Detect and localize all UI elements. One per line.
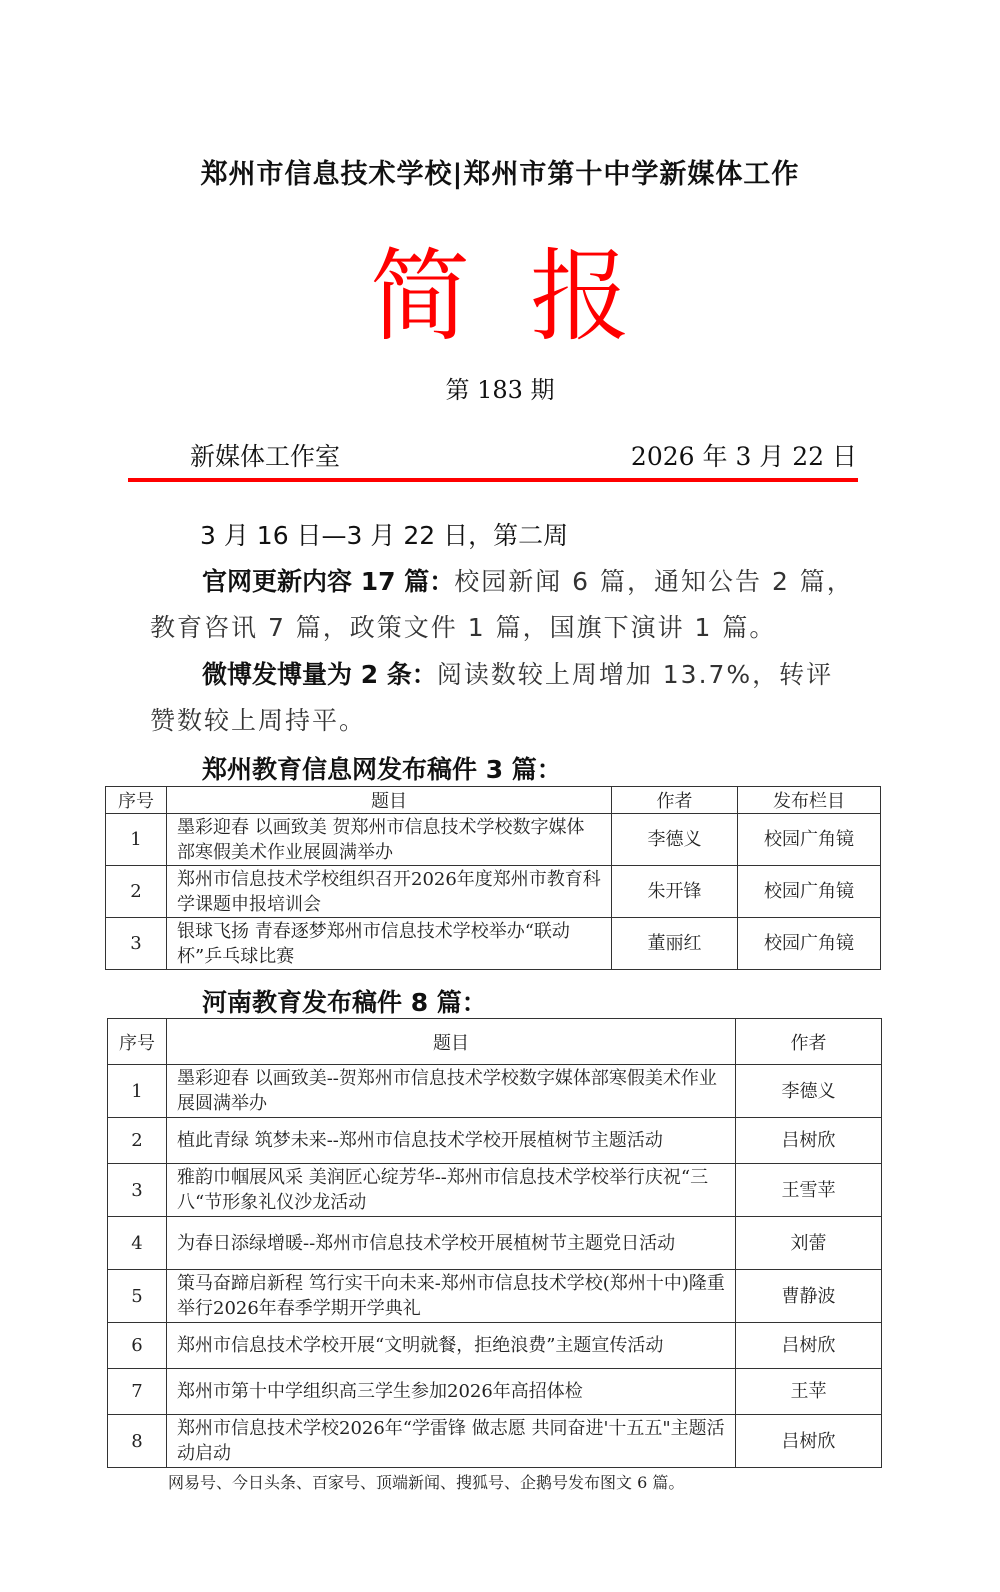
week-range: 3 月 16 日—3 月 22 日，第二周	[200, 513, 910, 559]
publish-date: 2026 年 3 月 22 日	[631, 437, 857, 473]
table-header: 序号 题目 作者	[108, 1019, 882, 1065]
row-column: 校园广角镜	[738, 814, 881, 866]
website-summary: 官网更新内容 17 篇：校园新闻 6 篇，通知公告 2 篇，教育咨讯 7 篇，政…	[150, 559, 860, 651]
col-title: 题目	[167, 787, 612, 814]
row-title: 郑州市信息技术学校组织召开2026年度郑州市教育科学课题申报培训会	[167, 866, 612, 918]
table-row: 1 墨彩迎春 以画致美--贺郑州市信息技术学校数字媒体部寒假美术作业展圆满举办 …	[108, 1065, 882, 1118]
row-author: 王苹	[736, 1369, 882, 1415]
row-author: 吕树欣	[736, 1415, 882, 1468]
col-title: 题目	[167, 1019, 736, 1065]
row-title: 郑州市第十中学组织高三学生参加2026年高招体检	[167, 1369, 736, 1415]
table-row: 6 郑州市信息技术学校开展“文明就餐，拒绝浪费”主题宣传活动 吕树欣	[108, 1323, 882, 1369]
row-no: 4	[108, 1217, 167, 1270]
row-column: 校园广角镜	[738, 918, 881, 970]
table-row: 4 为春日添绿增暖--郑州市信息技术学校开展植树节主题党日活动 刘蕾	[108, 1217, 882, 1270]
row-no: 5	[108, 1270, 167, 1323]
row-no: 1	[106, 814, 167, 866]
footnote: 网易号、今日头条、百家号、顶端新闻、搜狐号、企鹅号发布图文 6 篇。	[168, 1470, 684, 1493]
col-no: 序号	[106, 787, 167, 814]
row-author: 李德义	[612, 814, 738, 866]
col-no: 序号	[108, 1019, 167, 1065]
row-title: 策马奋蹄启新程 笃行实干向未来-郑州市信息技术学校(郑州十中)隆重举行2026年…	[167, 1270, 736, 1323]
row-title: 墨彩迎春 以画致美 贺郑州市信息技术学校数字媒体部寒假美术作业展圆满举办	[167, 814, 612, 866]
row-no: 1	[108, 1065, 167, 1118]
department: 新媒体工作室	[190, 437, 340, 473]
row-title: 为春日添绿增暖--郑州市信息技术学校开展植树节主题党日活动	[167, 1217, 736, 1270]
bulletin-title: 简报	[0, 232, 1000, 362]
row-author: 刘蕾	[736, 1217, 882, 1270]
section2-title: 河南教育发布稿件 8 篇：	[202, 983, 487, 1019]
row-title: 墨彩迎春 以画致美--贺郑州市信息技术学校数字媒体部寒假美术作业展圆满举办	[167, 1065, 736, 1118]
website-label: 官网更新内容 17 篇：	[202, 567, 454, 596]
row-author: 吕树欣	[736, 1118, 882, 1164]
row-title: 植此青绿 筑梦未来--郑州市信息技术学校开展植树节主题活动	[167, 1118, 736, 1164]
row-no: 8	[108, 1415, 167, 1468]
row-author: 朱开锋	[612, 866, 738, 918]
row-title: 郑州市信息技术学校2026年“学雷锋 做志愿 共同奋进'十五五"主题活动启动	[167, 1415, 736, 1468]
col-column: 发布栏目	[738, 787, 881, 814]
table-row: 2 郑州市信息技术学校组织召开2026年度郑州市教育科学课题申报培训会 朱开锋 …	[106, 866, 881, 918]
row-author: 曹静波	[736, 1270, 882, 1323]
table-row: 1 墨彩迎春 以画致美 贺郑州市信息技术学校数字媒体部寒假美术作业展圆满举办 李…	[106, 814, 881, 866]
table-row: 8 郑州市信息技术学校2026年“学雷锋 做志愿 共同奋进'十五五"主题活动启动…	[108, 1415, 882, 1468]
issue-number: 第 183 期	[0, 370, 1000, 405]
row-no: 2	[108, 1118, 167, 1164]
table-row: 5 策马奋蹄启新程 笃行实干向未来-郑州市信息技术学校(郑州十中)隆重举行202…	[108, 1270, 882, 1323]
row-column: 校园广角镜	[738, 866, 881, 918]
row-author: 王雪苹	[736, 1164, 882, 1217]
row-author: 李德义	[736, 1065, 882, 1118]
table-row: 3 银球飞扬 青春逐梦郑州市信息技术学校举办“联动杯”乒乓球比赛 董丽红 校园广…	[106, 918, 881, 970]
col-author: 作者	[612, 787, 738, 814]
weibo-label: 微博发博量为 2 条：	[202, 660, 437, 689]
section1-title: 郑州教育信息网发布稿件 3 篇：	[202, 750, 562, 786]
row-no: 3	[108, 1164, 167, 1217]
weibo-summary: 微博发博量为 2 条：阅读数较上周增加 13.7%，转评赞数较上周持平。	[150, 652, 860, 744]
row-no: 3	[106, 918, 167, 970]
row-author: 董丽红	[612, 918, 738, 970]
table-row: 3 雅韵巾帼展风采 美润匠心绽芳华--郑州市信息技术学校举行庆祝“三八“节形象礼…	[108, 1164, 882, 1217]
row-title: 郑州市信息技术学校开展“文明就餐，拒绝浪费”主题宣传活动	[167, 1323, 736, 1369]
row-title: 银球飞扬 青春逐梦郑州市信息技术学校举办“联动杯”乒乓球比赛	[167, 918, 612, 970]
table-header: 序号 题目 作者 发布栏目	[106, 787, 881, 814]
row-title: 雅韵巾帼展风采 美润匠心绽芳华--郑州市信息技术学校举行庆祝“三八“节形象礼仪沙…	[167, 1164, 736, 1217]
row-author: 吕树欣	[736, 1323, 882, 1369]
zhengzhou-edu-table: 序号 题目 作者 发布栏目 1 墨彩迎春 以画致美 贺郑州市信息技术学校数字媒体…	[105, 786, 881, 970]
header-divider	[128, 478, 858, 482]
henan-edu-table: 序号 题目 作者 1 墨彩迎春 以画致美--贺郑州市信息技术学校数字媒体部寒假美…	[107, 1018, 882, 1468]
row-no: 7	[108, 1369, 167, 1415]
col-author: 作者	[736, 1019, 882, 1065]
row-no: 6	[108, 1323, 167, 1369]
row-no: 2	[106, 866, 167, 918]
table-row: 2 植此青绿 筑梦未来--郑州市信息技术学校开展植树节主题活动 吕树欣	[108, 1118, 882, 1164]
table-row: 7 郑州市第十中学组织高三学生参加2026年高招体检 王苹	[108, 1369, 882, 1415]
org-header: 郑州市信息技术学校|郑州市第十中学新媒体工作	[0, 152, 1000, 191]
